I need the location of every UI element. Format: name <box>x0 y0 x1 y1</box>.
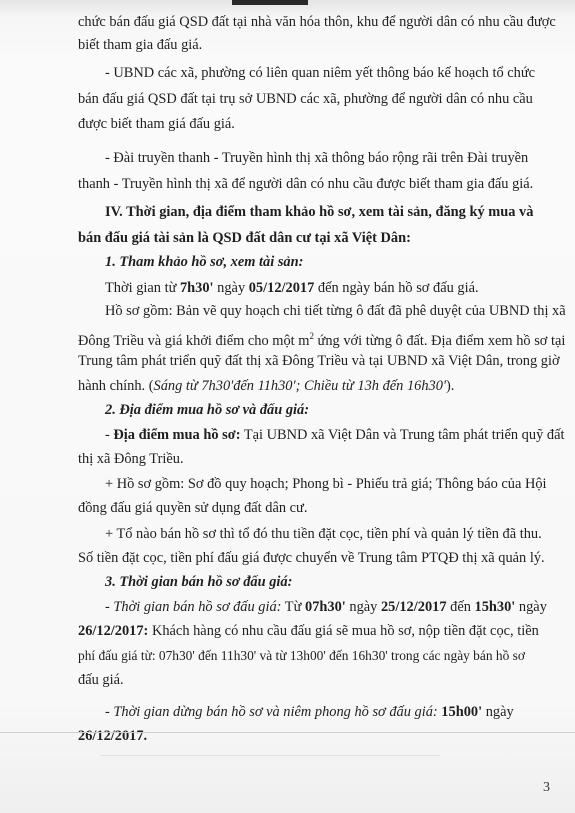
date-value: 25/12/2017 <box>381 599 447 615</box>
text: Đông Triều và giá khởi điểm cho một m <box>78 333 309 349</box>
time-value: 07h30' <box>305 599 346 615</box>
text: Tại UBND xã Việt Dân và Trung tâm phát t… <box>241 427 565 443</box>
text-line: Hồ sơ gồm: Bản vẽ quy hoạch chi tiết từn… <box>105 302 508 320</box>
text-line: Thời gian từ 7h30' ngày 05/12/2017 đến n… <box>105 279 508 297</box>
page-number: 3 <box>543 780 550 796</box>
text-line: - Đài truyền thanh - Truyền hình thị xã … <box>105 149 508 167</box>
italic-text: Sáng từ 7h30'đến 11h30'; Chiều từ 13h đế… <box>154 378 446 394</box>
text-line: 26/12/2017. <box>78 727 508 745</box>
text-line: được biết tham giá đấu giá. <box>78 115 508 133</box>
text-line: 26/12/2017: Khách hàng có nhu cầu đấu gi… <box>78 622 508 640</box>
text-line: + Hồ sơ gồm: Sơ đồ quy hoạch; Phong bì -… <box>105 475 508 493</box>
text: Thời gian từ <box>105 280 180 296</box>
text: hành chính. ( <box>78 378 154 394</box>
text: Khách hàng có nhu cầu đấu giá sẽ mua hồ … <box>148 623 538 639</box>
text-line: Đông Triều và giá khởi điểm cho một m2 ứ… <box>78 327 508 350</box>
text-line: đấu giá. <box>78 671 508 689</box>
italic-text: - Thời gian bán hồ sơ đấu giá: <box>105 599 281 615</box>
text-line: đồng đấu giá quyền sử dụng đất dân cư. <box>78 499 508 517</box>
text-line: chức bán đấu giá QSD đất tại nhà văn hóa… <box>78 13 508 31</box>
text-line: Số tiền đặt cọc, tiền phí đấu giá được c… <box>78 549 508 567</box>
bold-label: Địa điểm mua hồ sơ: <box>113 427 240 443</box>
time-value: 15h00' <box>441 704 482 720</box>
scan-artifact <box>100 755 440 756</box>
text: ngày <box>482 704 514 720</box>
text-line: biết tham gia đấu giá. <box>78 36 508 54</box>
text: ). <box>446 378 454 394</box>
text: ngày <box>346 599 381 615</box>
text: đến <box>447 599 475 615</box>
text-line: - UBND các xã, phường có liên quan niêm … <box>105 64 508 82</box>
date-value: 26/12/2017. <box>78 728 147 744</box>
text-line: - Thời gian bán hồ sơ đấu giá: Từ 07h30'… <box>105 598 508 616</box>
scan-edge-line <box>0 732 575 733</box>
text-line: - Thời gian dừng bán hồ sơ và niêm phong… <box>105 703 508 721</box>
section-heading: IV. Thời gian, địa điểm tham khảo hồ sơ,… <box>105 203 508 221</box>
subsection-heading: 2. Địa điểm mua hồ sơ và đấu giá: <box>105 401 508 419</box>
section-heading: bán đấu giá tài sản là QSD đất dân cư tạ… <box>78 229 508 247</box>
text-line: hành chính. (Sáng từ 7h30'đến 11h30'; Ch… <box>78 377 508 395</box>
time-value: 7h30' <box>180 280 214 296</box>
text-line: - Địa điểm mua hồ sơ: Tại UBND xã Việt D… <box>105 426 508 444</box>
text: ngày <box>515 599 547 615</box>
time-value: 15h30' <box>475 599 516 615</box>
text-line: phí đấu giá từ: 07h30' đến 11h30' và từ … <box>78 647 508 665</box>
date-value: 26/12/2017: <box>78 623 148 639</box>
text-line: thị xã Đông Triều. <box>78 450 508 468</box>
text-line: thanh - Truyền hình thị xã để người dân … <box>78 175 508 193</box>
document-page: chức bán đấu giá QSD đất tại nhà văn hóa… <box>0 0 575 813</box>
text: Từ <box>281 599 305 615</box>
text-line: + Tổ nào bán hồ sơ thì tổ đó thu tiền đặ… <box>105 525 508 543</box>
text-line: Trung tâm phát triển quỹ đất thị xã Đông… <box>78 352 508 370</box>
text: ứng với từng ô đất. Địa điểm xem hồ sơ t… <box>314 333 565 349</box>
subsection-heading: 3. Thời gian bán hồ sơ đấu giá: <box>105 573 508 591</box>
subsection-heading: 1. Tham khảo hồ sơ, xem tài sản: <box>105 253 508 271</box>
date-value: 05/12/2017 <box>249 280 315 296</box>
text: đến ngày bán hồ sơ đấu giá. <box>314 280 478 296</box>
text: ngày <box>214 280 249 296</box>
italic-text: - Thời gian dừng bán hồ sơ và niêm phong… <box>105 704 438 720</box>
text-line: bán đấu giá QSD đất tại trụ sở UBND các … <box>78 90 508 108</box>
